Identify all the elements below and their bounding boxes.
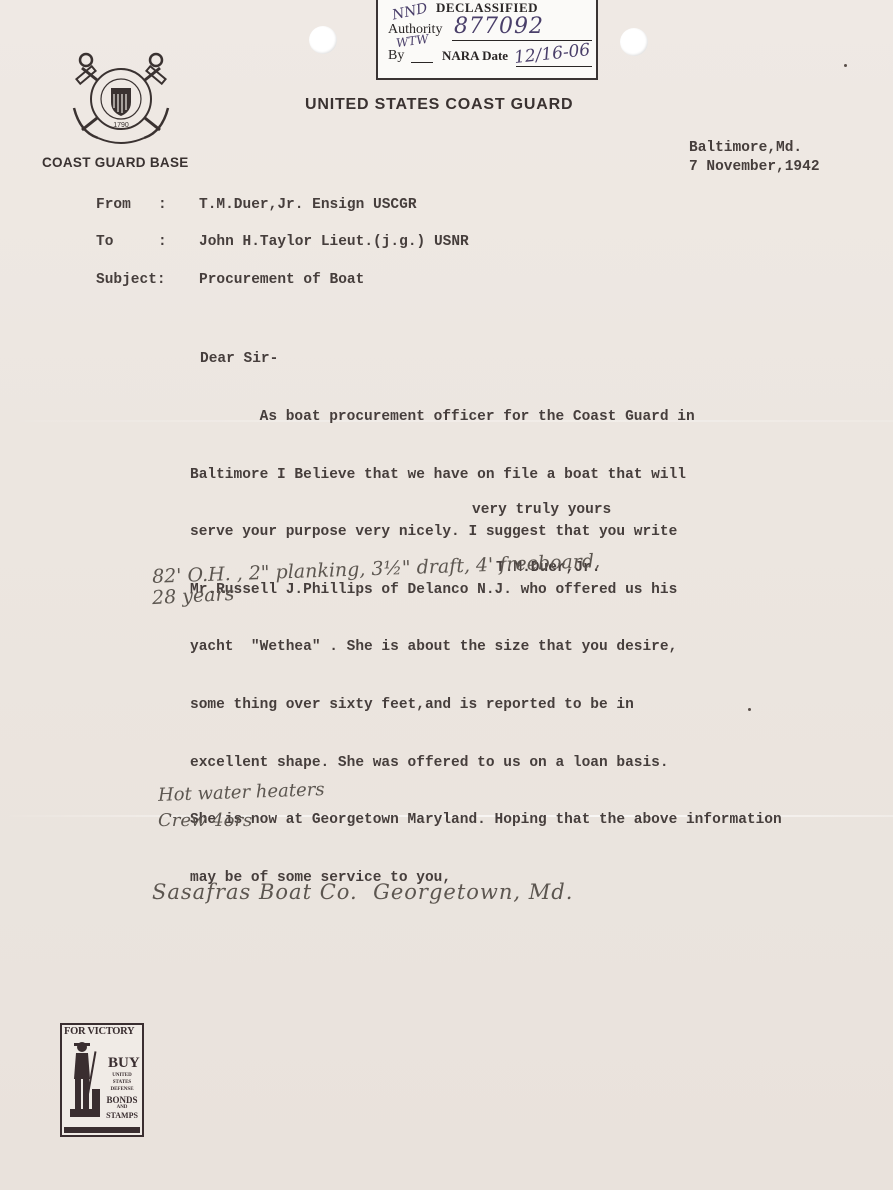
handwritten-company-note: Sasafras Boat Co. Georgetown, Md. [152,880,573,904]
punch-hole-left [309,26,337,54]
to-value: John H.Taylor Lieut.(j.g.) USNR [199,234,469,250]
body-line: Baltimore I Believe that we have on file… [190,466,782,485]
authority-number: 877092 [454,14,544,39]
bonds-text: BONDS [102,1095,142,1105]
nara-date-value: 12/16-06 [513,40,591,68]
unit-name: COAST GUARD BASE [42,155,189,170]
body-line: As boat procurement officer for the Coas… [190,408,782,427]
paper-speck [844,64,847,67]
subject-value: Procurement of Boat [199,272,364,288]
body-line: some thing over sixty feet,and is report… [190,696,782,715]
buy-text: BUY [108,1055,140,1072]
and-text: AND [102,1105,142,1110]
letter-place: Baltimore,Md. [689,139,820,158]
nara-date-underline [516,66,592,67]
for-victory-text: FOR VICTORY [64,1026,134,1037]
stamps-text: STAMPS [102,1111,142,1120]
subject-label: Subject: [96,272,166,288]
body-line: yacht "Wethea" . She is about the size t… [190,638,782,657]
nara-date-label: NARA Date [442,48,508,64]
letter-date: 7 November,1942 [689,158,820,177]
body-line: excellent shape. She was offered to us o… [190,754,782,773]
declassified-stamp: DECLASSIFIED NND Authority 877092 WTW By… [376,0,598,80]
punch-hole-right [620,28,648,56]
by-underline [411,62,433,63]
salutation: Dear Sir- [190,350,782,369]
states-text: STATES [102,1080,142,1085]
place-date-block: Baltimore,Md.7 November,1942 [689,139,820,177]
united-text: UNITED [102,1073,142,1078]
body-line: serve your purpose very nicely. I sugges… [190,523,782,542]
defense-text: DEFENSE [102,1087,142,1092]
handwritten-specs-line2: 28 years [151,583,234,609]
body-line: Mr.Russell J.Phillips of Delanco N.J. wh… [190,581,782,600]
page-bottom-edge [0,1190,893,1194]
authority-underline [452,40,592,41]
closing: very truly yours [472,502,611,518]
from-colon: : [158,197,167,213]
to-label: To [96,234,113,250]
by-label: By [388,48,404,64]
stamp-base-bar [64,1127,140,1133]
war-bonds-stamp: FOR VICTORY BUY UNITED STATES DEFENSE BO… [60,1023,144,1137]
minuteman-statue-icon [66,1039,102,1125]
from-value: T.M.Duer,Jr. Ensign USCGR [199,197,417,213]
organization-name: UNITED STATES COAST GUARD [305,96,573,114]
body-line: She is now at Georgetown Maryland. Hopin… [190,811,782,830]
coast-guard-seal-icon: 1790 [68,50,174,150]
to-colon: : [158,234,167,250]
handwritten-crew-note: Crew 4ors [158,810,252,831]
letter-body: Dear Sir- As boat procurement officer fo… [190,312,782,907]
from-label: From [96,197,131,213]
svg-text:1790: 1790 [113,122,129,129]
